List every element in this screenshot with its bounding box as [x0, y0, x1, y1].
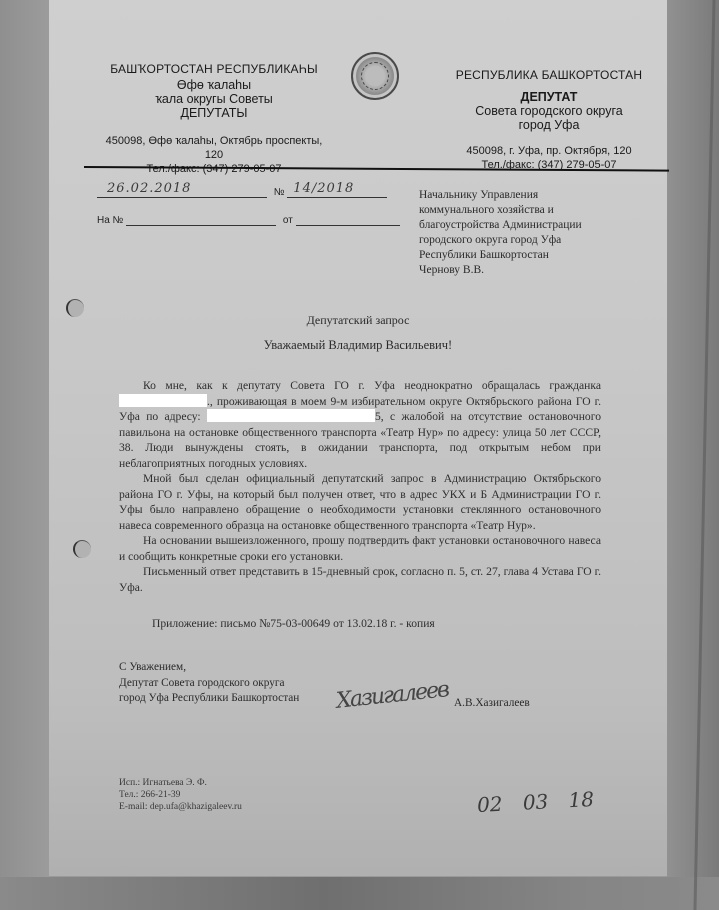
closing-line2: Депутат Совета городского округа [119, 676, 299, 692]
punch-hole-icon [73, 540, 91, 558]
outgoing-date-value: 26.02.2018 [107, 181, 191, 196]
paragraph-1-part-a: Ко мне, как к депутату Совета ГО г. Уфа … [143, 379, 601, 392]
letter-body: Ко мне, как к депутату Совета ГО г. Уфа … [119, 378, 601, 595]
letterhead-right-line4: город Уфа [449, 118, 649, 132]
redacted-address [207, 409, 375, 422]
closing-line3: город Уфа Республики Башкортостан [119, 691, 299, 707]
signer-name: А.В.Хазигалеев [454, 697, 530, 709]
outgoing-number-field: 14/2018 [287, 183, 387, 198]
paragraph-4: Письменный ответ представить в 15-дневны… [119, 564, 601, 595]
paragraph-1: Ко мне, как к депутату Совета ГО г. Уфа … [119, 378, 601, 471]
attachment-note: Приложение: письмо №75-03-00649 от 13.02… [152, 617, 435, 630]
executor-email: E-mail: dep.ufa@khazigaleev.ru [119, 801, 242, 813]
paragraph-2: Мной был сделан официальный депутатский … [119, 471, 601, 533]
recipient-line: городского округа город Уфа [419, 233, 619, 248]
letter-page: БАШҠОРТОСТАН РЕСПУБЛИКАҺЫ Өфө ҡалаһы ҡал… [49, 0, 667, 876]
reply-reference-row: На № от [97, 214, 400, 226]
letterhead-russian: РЕСПУБЛИКА БАШКОРТОСТАН ДЕПУТАТ Совета г… [449, 68, 649, 172]
from-label: от [283, 215, 293, 226]
number-label: № [274, 187, 285, 198]
executor-block: Исп.: Игнатьева Э. Ф. Тел.: 266-21-39 E-… [119, 777, 242, 813]
redacted-name [119, 394, 207, 407]
executor-name: Исп.: Игнатьева Э. Ф. [119, 777, 242, 789]
reply-number-field [126, 214, 276, 226]
recipient-line: Начальнику Управления [419, 188, 619, 203]
coat-of-arms-icon [351, 52, 399, 100]
executor-phone: Тел.: 266-21-39 [119, 789, 242, 801]
recipient-line: Чернову В.В. [419, 263, 619, 278]
document-title: Депутатский запрос [49, 313, 667, 328]
handwritten-received-date: 02 03 18 [476, 787, 594, 817]
letterhead-right-line3: Совета городского округа [449, 104, 649, 118]
letterhead-right-line1: РЕСПУБЛИКА БАШКОРТОСТАН [449, 68, 649, 82]
letterhead-left-line4: ДЕПУТАТЫ [99, 106, 329, 120]
background-edge [693, 0, 715, 910]
salutation: Уважаемый Владимир Васильевич! [49, 338, 667, 353]
recipient-line: Республики Башкортостан [419, 248, 619, 263]
outgoing-date-row: 26.02.2018 № 14/2018 [97, 183, 387, 198]
recipient-line: коммунального хозяйства и [419, 203, 619, 218]
recipient-line: благоустройства Администрации [419, 218, 619, 233]
recipient-block: Начальнику Управления коммунального хозя… [419, 188, 619, 278]
background-surface [0, 877, 719, 910]
outgoing-date-field: 26.02.2018 [97, 183, 267, 198]
letterhead-left-line1: БАШҠОРТОСТАН РЕСПУБЛИКАҺЫ [99, 62, 329, 76]
closing-block: С Уважением, Депутат Совета городского о… [119, 660, 299, 707]
letterhead-bashkir: БАШҠОРТОСТАН РЕСПУБЛИКАҺЫ Өфө ҡалаһы ҡал… [99, 62, 329, 176]
reply-to-label: На № [97, 215, 123, 226]
letterhead-left-line2: Өфө ҡалаһы [99, 78, 329, 92]
handwritten-signature: Хазигалеев [335, 677, 449, 714]
reply-date-field [296, 214, 400, 226]
letterhead-left-line3: ҡала округы Советы [99, 92, 329, 106]
letterhead-right-address: 450098, г. Уфа, пр. Октября, 120 [449, 144, 649, 158]
letterhead-left-address: 450098, Өфө ҡалаһы, Октябрь проспекты, 1… [99, 134, 329, 162]
paragraph-3: На основании вышеизложенного, прошу подт… [119, 533, 601, 564]
letterhead-right-line2: ДЕПУТАТ [449, 90, 649, 104]
closing-line1: С Уважением, [119, 660, 299, 676]
outgoing-number-value: 14/2018 [293, 181, 354, 196]
